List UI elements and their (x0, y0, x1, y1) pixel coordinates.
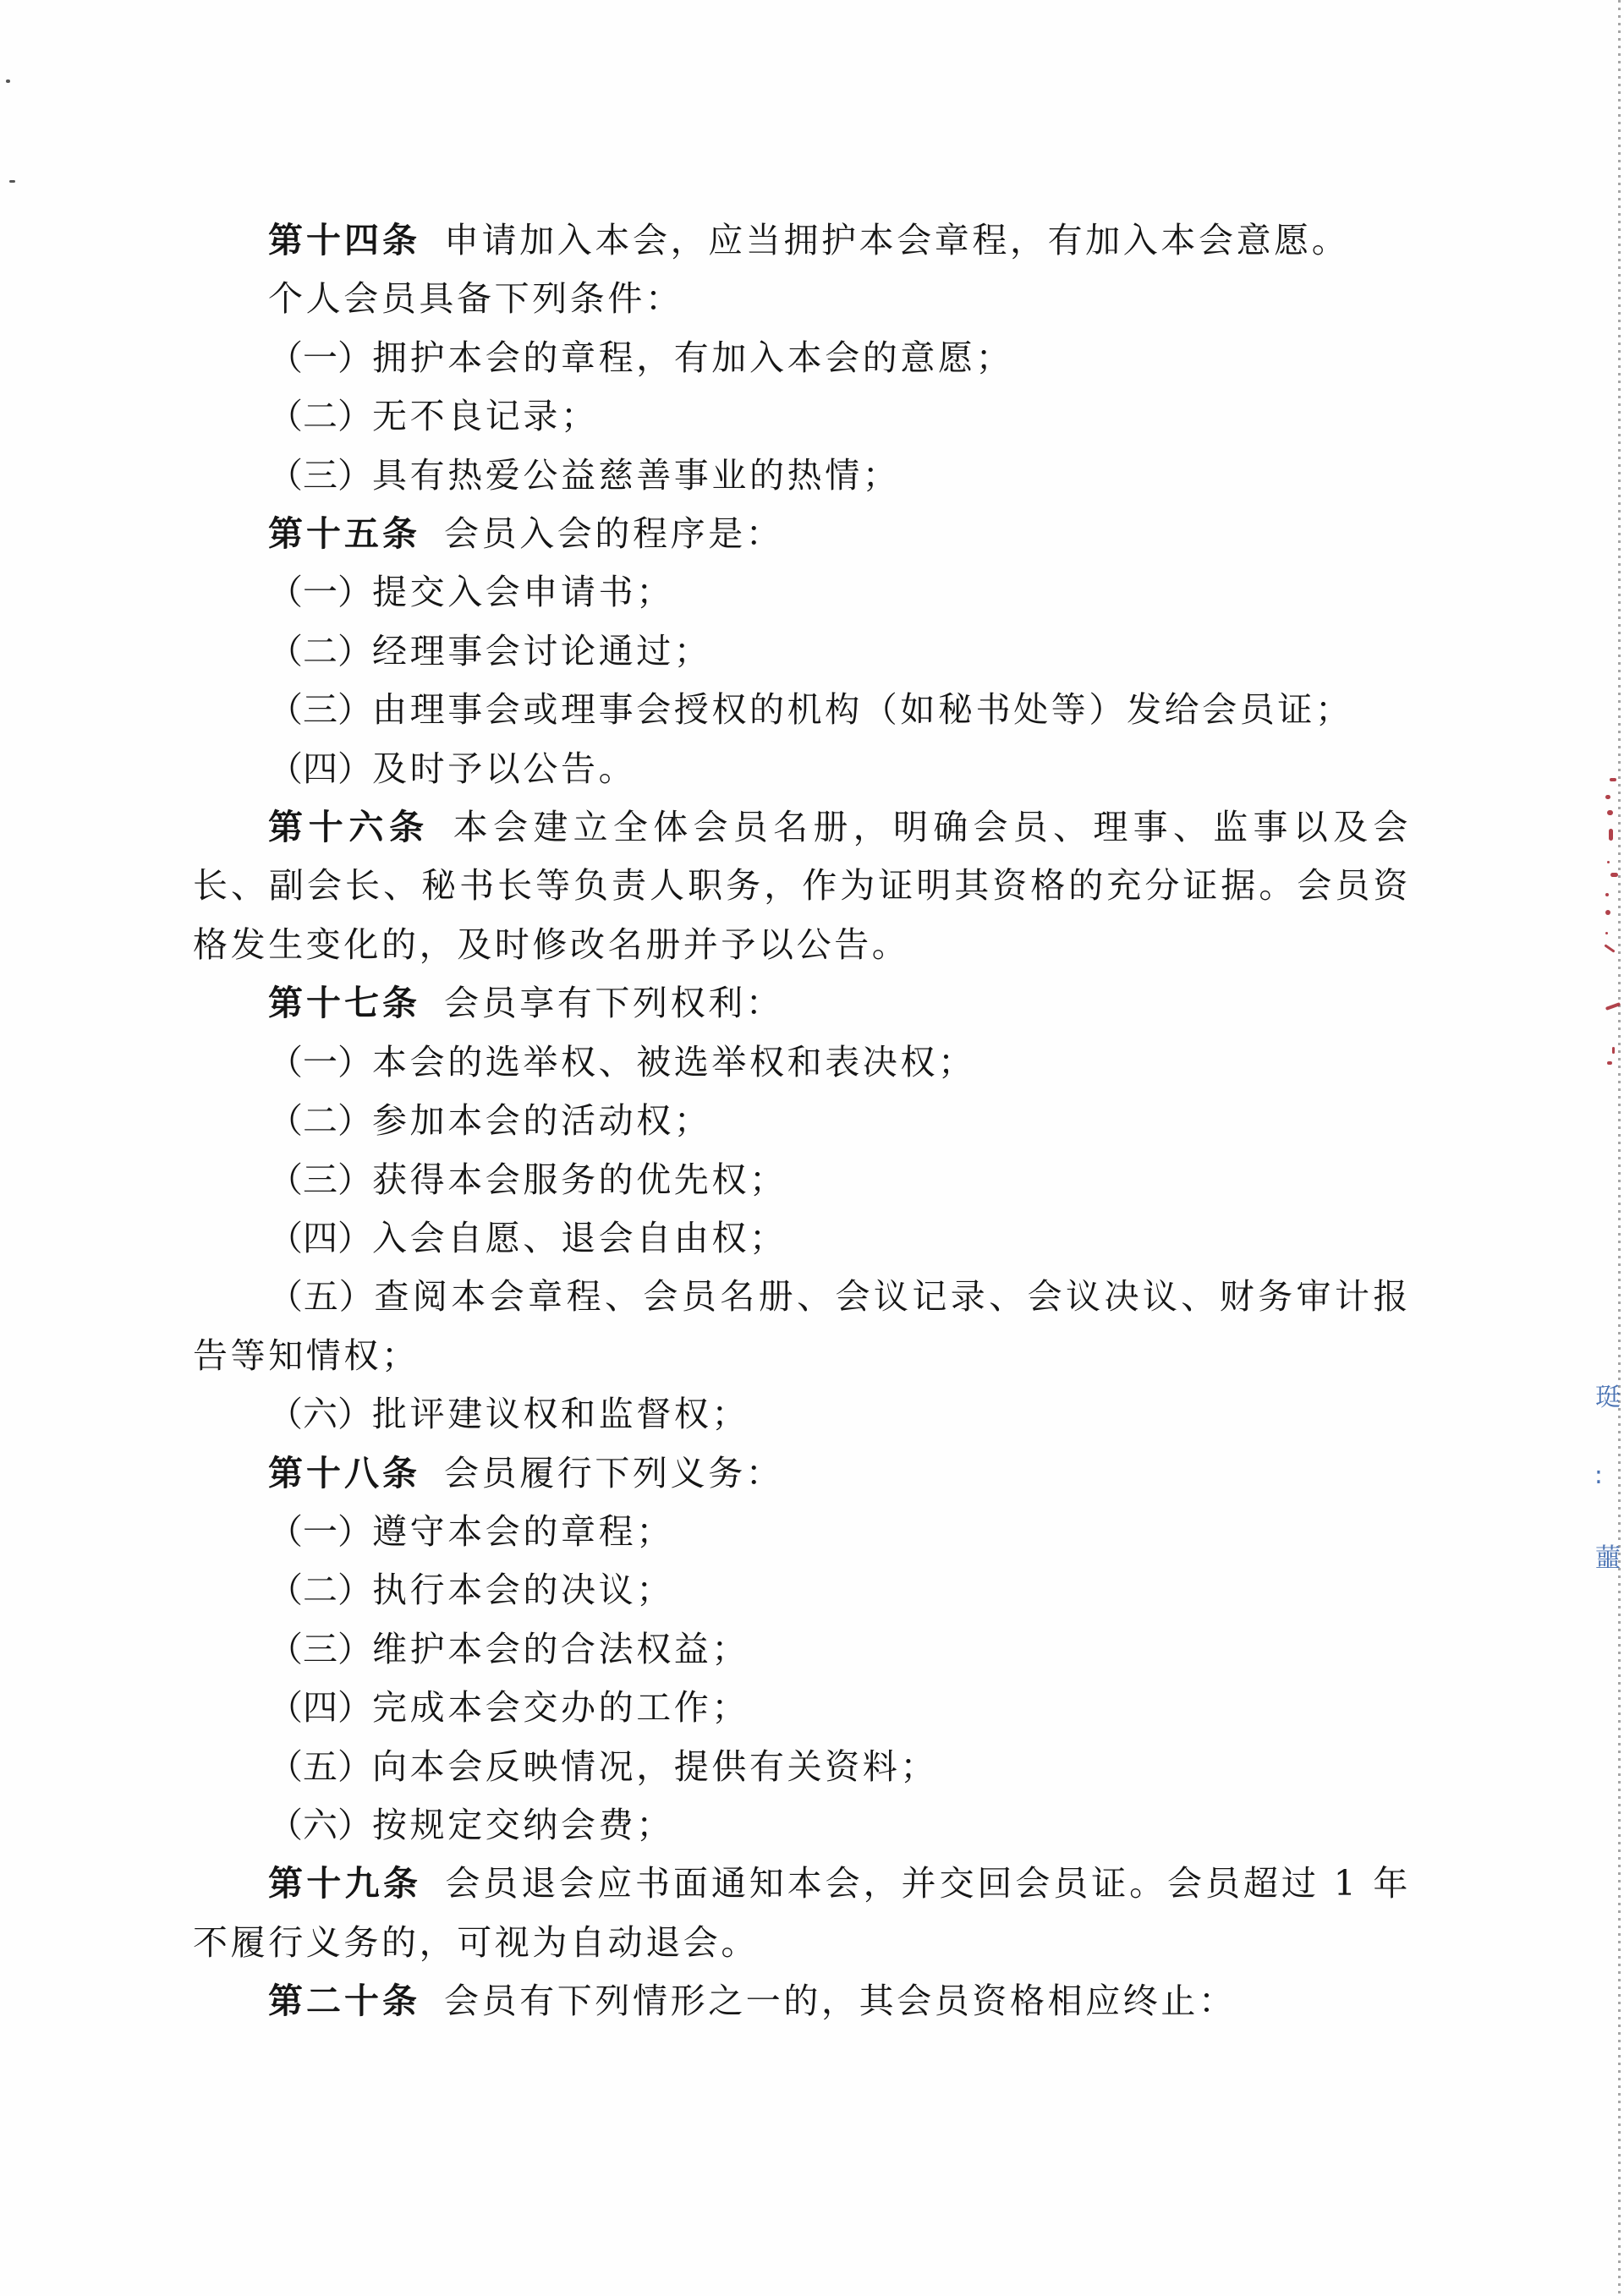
article-18: 第十八条会员履行下列义务： (193, 1444, 1411, 1503)
item-text: 无不良记录； (372, 396, 599, 436)
article-20: 第二十条会员有下列情形之一的，其会员资格相应终止： (193, 1972, 1411, 2030)
item-number: （一） (268, 337, 372, 378)
paragraph: 个人会员具备下列条件： (193, 270, 1411, 328)
article-number: 第十四条 (268, 220, 420, 260)
list-item: （一）遵守本会的章程； (193, 1503, 1411, 1561)
article-number: 第十五条 (268, 513, 420, 554)
item-number: （五） (268, 1276, 374, 1317)
item-text: 遵守本会的章程； (372, 1511, 674, 1552)
article-14: 第十四条申请加入本会，应当拥护本会章程，有加入本会意愿。 (193, 211, 1411, 270)
document-body: 第十四条申请加入本会，应当拥护本会章程，有加入本会意愿。 个人会员具备下列条件：… (193, 211, 1411, 2031)
article-number: 第十九条 (268, 1863, 421, 1904)
item-text: 具有热爱公益慈善事业的热情； (372, 455, 900, 496)
item-text: 入会自愿、退会自由权； (372, 1218, 787, 1258)
item-number: （三） (268, 455, 372, 496)
article-17: 第十七条会员享有下列权利： (193, 974, 1411, 1033)
article-text: 会员入会的程序是： (444, 513, 783, 554)
list-item: （四）完成本会交办的工作； (193, 1679, 1411, 1737)
item-number: （二） (268, 1570, 372, 1610)
item-text: 向本会反映情况，提供有关资料； (372, 1746, 938, 1787)
item-text: 参加本会的活动权； (372, 1100, 711, 1141)
item-number: （三） (268, 689, 372, 730)
item-text: 本会的选举权、被选举权和表决权； (372, 1042, 976, 1082)
blue-stamp-char: ∶ (1595, 1438, 1624, 1518)
article-text: 会员有下列情形之一的，其会员资格相应终止： (444, 1981, 1237, 2021)
item-number: （一） (268, 1042, 372, 1082)
item-text: 由理事会或理事会授权的机构（如秘书处等）发给会员证； (372, 689, 1353, 730)
list-item: （三）获得本会服务的优先权； (193, 1151, 1411, 1209)
item-number: （二） (268, 396, 372, 436)
item-text: 批评建议权和监督权； (372, 1394, 749, 1434)
article-15: 第十五条会员入会的程序是： (193, 505, 1411, 563)
list-item: （二）执行本会的决议； (193, 1561, 1411, 1619)
list-item: （一）拥护本会的章程，有加入本会的意愿； (193, 329, 1411, 387)
item-text: 查阅本会章程、会员名册、会议记录、会议决议、财务审计报告等知情权； (193, 1276, 1411, 1375)
item-text: 维护本会的合法权益； (372, 1629, 749, 1669)
paragraph-text: 个人会员具备下列条件： (268, 278, 683, 319)
item-number: （二） (268, 631, 372, 671)
article-16: 第十六条本会建立全体会员名册，明确会员、理事、监事以及会长、副会长、秘书长等负责… (193, 798, 1411, 974)
list-item: （六）批评建议权和监督权； (193, 1385, 1411, 1444)
list-item: （四）及时予以公告。 (193, 740, 1411, 798)
item-text: 经理事会讨论通过； (372, 631, 711, 671)
article-number: 第十六条 (268, 807, 430, 847)
list-item: （二）参加本会的活动权； (193, 1092, 1411, 1150)
item-number: （六） (268, 1805, 372, 1845)
article-text: 申请加入本会，应当拥护本会章程，有加入本会意愿。 (444, 220, 1349, 260)
red-seal-fragment (1597, 770, 1624, 1066)
item-number: （五） (268, 1746, 372, 1787)
item-text: 执行本会的决议； (372, 1570, 674, 1610)
item-number: （二） (268, 1100, 372, 1141)
item-number: （一） (268, 572, 372, 612)
scan-speck (6, 79, 10, 83)
article-number: 第十七条 (268, 983, 420, 1023)
article-text: 会员享有下列权利： (444, 983, 783, 1023)
item-number: （四） (268, 1218, 372, 1258)
item-number: （四） (268, 748, 372, 789)
blue-stamp-fragment: 珽 ∶ 蘁 (1595, 1357, 1624, 1603)
list-item: （一）本会的选举权、被选举权和表决权； (193, 1033, 1411, 1092)
article-text: 会员履行下列义务： (444, 1453, 783, 1493)
item-number: （三） (268, 1159, 372, 1200)
item-text: 按规定交纳会费； (372, 1805, 674, 1845)
page-edge-perforation (1618, 0, 1621, 2296)
list-item: （二）无不良记录； (193, 387, 1411, 446)
article-number: 第二十条 (268, 1981, 420, 2021)
blue-stamp-char: 蘁 (1595, 1518, 1624, 1598)
blue-stamp-char: 珽 (1595, 1357, 1624, 1438)
list-item: （三）维护本会的合法权益； (193, 1620, 1411, 1679)
article-number: 第十八条 (268, 1453, 420, 1493)
item-number: （四） (268, 1687, 372, 1728)
list-item: （六）按规定交纳会费； (193, 1796, 1411, 1855)
item-number: （六） (268, 1394, 372, 1434)
list-item: （一）提交入会申请书； (193, 563, 1411, 622)
item-text: 拥护本会的章程，有加入本会的意愿； (372, 337, 1013, 378)
article-19: 第十九条会员退会应书面通知本会，并交回会员证。会员超过 1 年不履行义务的，可视… (193, 1855, 1411, 1972)
document-page: 珽 ∶ 蘁 第十四条申请加入本会，应当拥护本会章程，有加入本会意愿。 个人会员具… (0, 0, 1624, 2296)
list-item: （五）向本会反映情况，提供有关资料； (193, 1738, 1411, 1796)
item-text: 完成本会交办的工作； (372, 1687, 749, 1728)
item-text: 及时予以公告。 (372, 748, 636, 789)
item-number: （三） (268, 1629, 372, 1669)
item-text: 获得本会服务的优先权； (372, 1159, 787, 1200)
list-item: （五）查阅本会章程、会员名册、会议记录、会议决议、财务审计报告等知情权； (193, 1268, 1411, 1385)
list-item: （二）经理事会讨论通过； (193, 622, 1411, 681)
list-item: （四）入会自愿、退会自由权； (193, 1209, 1411, 1268)
list-item: （三）由理事会或理事会授权的机构（如秘书处等）发给会员证； (193, 681, 1411, 739)
item-text: 提交入会申请书； (372, 572, 674, 612)
item-number: （一） (268, 1511, 372, 1552)
scan-speck (9, 180, 15, 183)
list-item: （三）具有热爱公益慈善事业的热情； (193, 447, 1411, 505)
